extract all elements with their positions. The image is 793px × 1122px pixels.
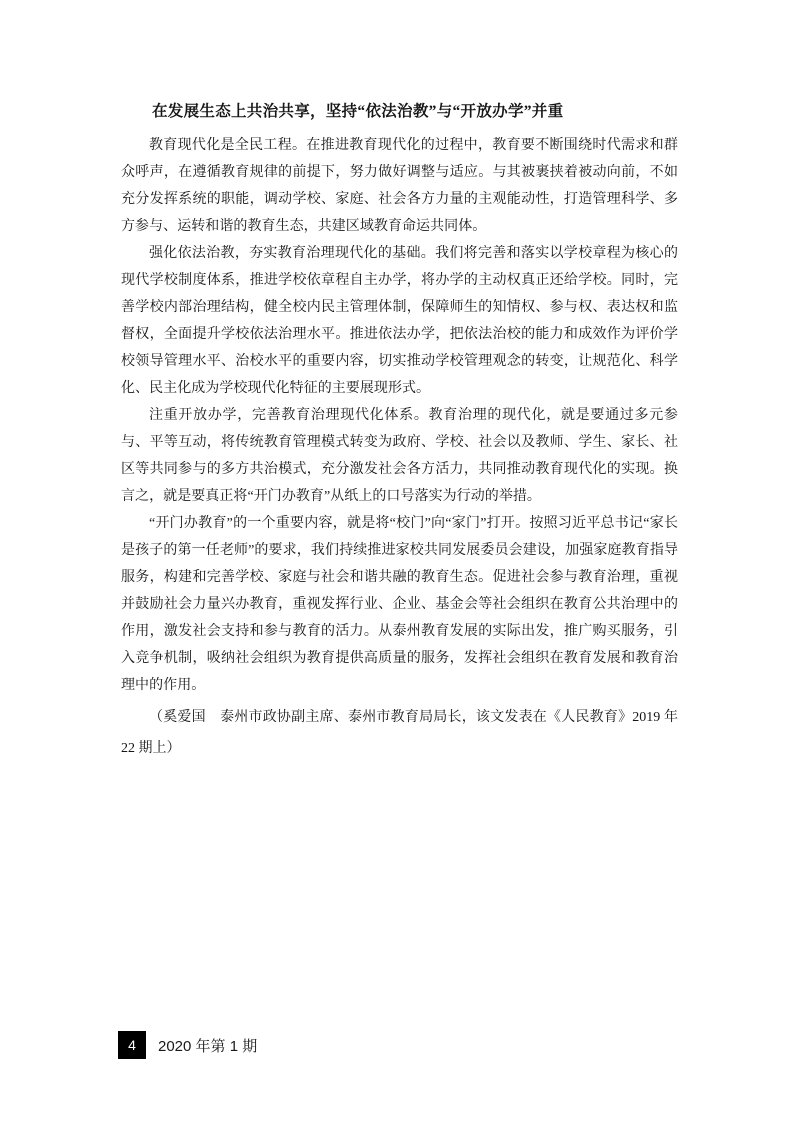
document-page: 在发展生态上共治共享，坚持“依法治教”与“开放办学”并重 教育现代化是全民工程。…	[0, 0, 793, 1122]
article-paragraph-1: 教育现代化是全民工程。在推进教育现代化的过程中，教育要不断围绕时代需求和群众呼声…	[121, 132, 678, 240]
page-number-badge: 4	[118, 1031, 146, 1059]
article: 在发展生态上共治共享，坚持“依法治教”与“开放办学”并重 教育现代化是全民工程。…	[121, 98, 678, 764]
issue-label: 2020 年第 1 期	[158, 1035, 257, 1056]
page-footer: 4 2020 年第 1 期	[118, 1031, 257, 1059]
article-heading: 在发展生态上共治共享，坚持“依法治教”与“开放办学”并重	[121, 98, 678, 126]
article-paragraph-2: 强化依法治教，夯实教育治理现代化的基础。我们将完善和落实以学校章程为核心的现代学…	[121, 240, 678, 402]
author-note: （奚爱国 泰州市政协副主席、泰州市教育局局长，该文发表在《人民教育》2019 年…	[121, 702, 678, 764]
article-paragraph-4: “开门办教育”的一个重要内容，就是将“校门”向“家门”打开。按照习近平总书记“家…	[121, 510, 678, 699]
article-paragraph-3: 注重开放办学，完善教育治理现代化体系。教育治理的现代化，就是要通过多元参与、平等…	[121, 402, 678, 510]
